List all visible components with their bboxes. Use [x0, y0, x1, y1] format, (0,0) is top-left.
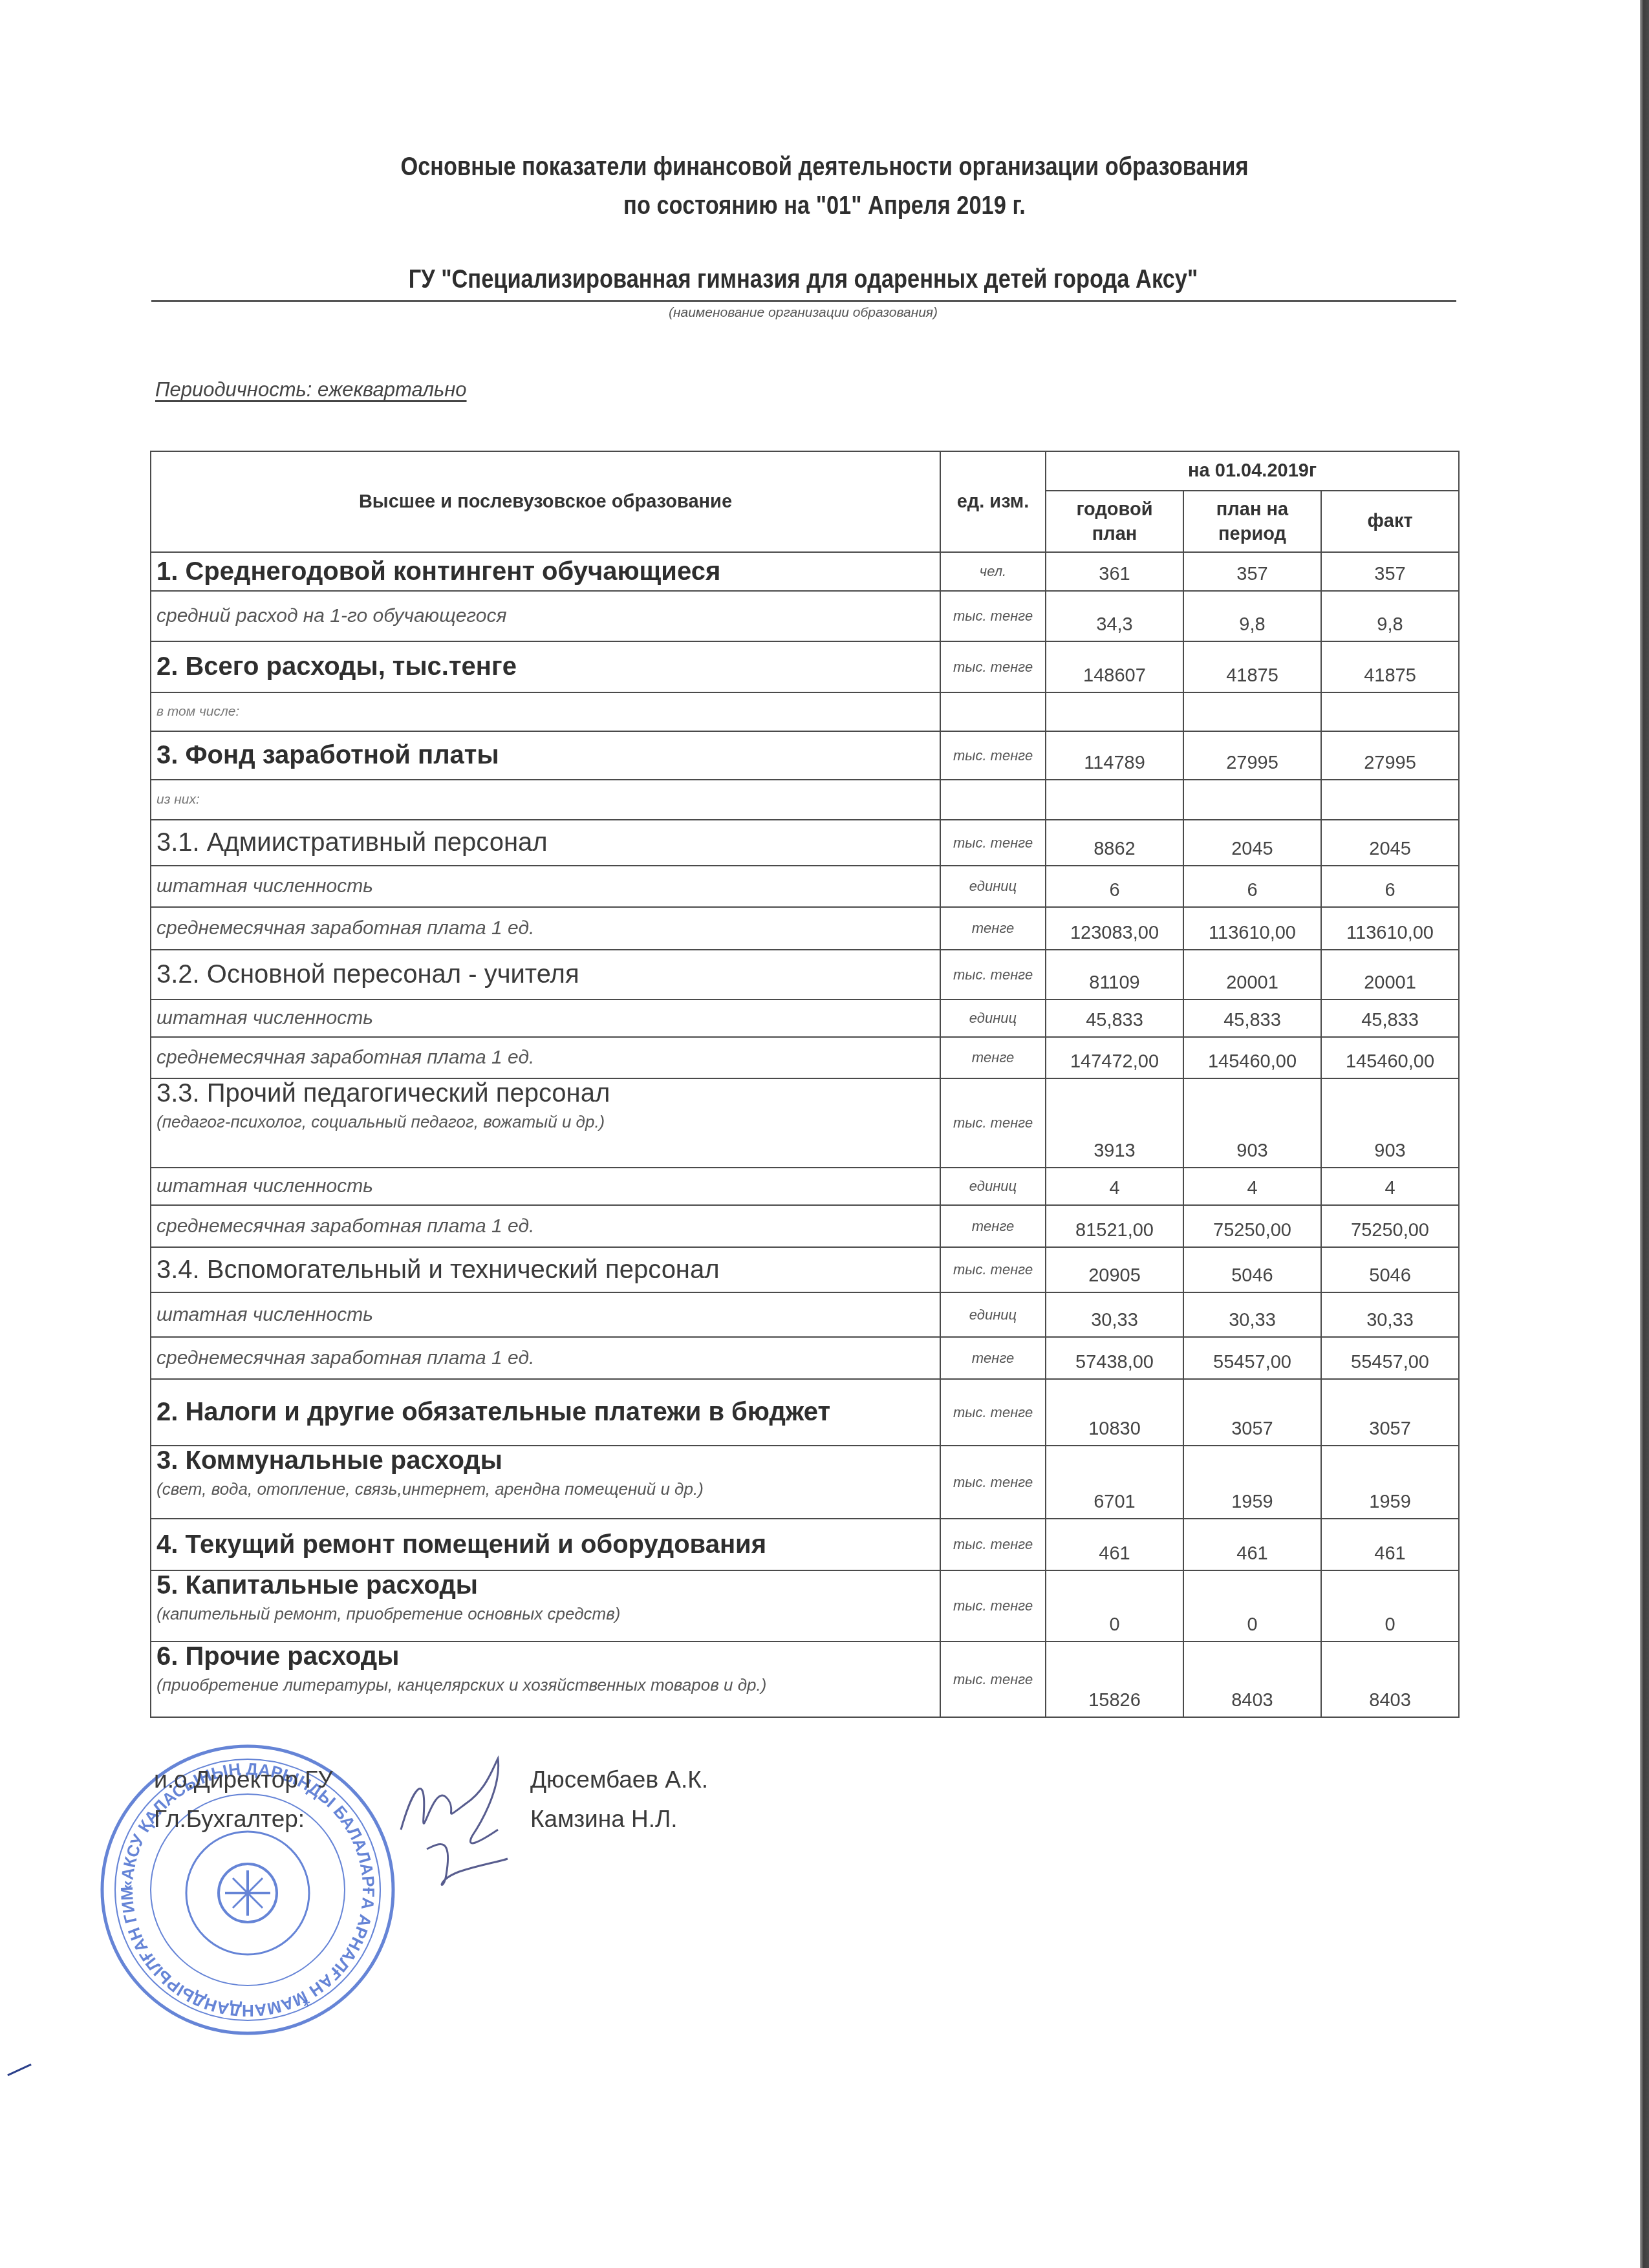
row-name: штатная численность [156, 1304, 373, 1325]
row-name: 3.4. Вспомогательный и технический персо… [156, 1256, 720, 1284]
row-label: 3.1. Адмиистративный персонал [151, 820, 940, 866]
row-annual-value: 15826 [1046, 1642, 1183, 1717]
row-unit: тенге [940, 907, 1046, 950]
row-fact-value: 357 [1321, 552, 1459, 591]
row-period-value [1183, 780, 1321, 820]
row-annual-value: 147472,00 [1046, 1037, 1183, 1078]
row-label: среднемесячная заработная плата 1 ед. [151, 1205, 940, 1247]
header-period-plan: план на период [1183, 491, 1321, 552]
row-unit: тенге [940, 1037, 1046, 1078]
row-period-value: 9,8 [1183, 591, 1321, 641]
row-fact-value: 113610,00 [1321, 907, 1459, 950]
row-label: штатная численность [151, 1168, 940, 1205]
row-fact-value: 1959 [1321, 1446, 1459, 1519]
row-name: 1. Среднегодовой контингент обучающиеся [156, 557, 720, 586]
row-fact-value: 0 [1321, 1570, 1459, 1642]
table-row: штатная численностьединиц444 [151, 1168, 1459, 1205]
row-label: штатная численность [151, 866, 940, 907]
svg-text:*: * [303, 1996, 310, 2017]
row-annual-value: 114789 [1046, 731, 1183, 780]
row-period-value: 8403 [1183, 1642, 1321, 1717]
row-annual-value: 361 [1046, 552, 1183, 591]
row-label: 4. Текущий ремонт помещений и оборудован… [151, 1519, 940, 1570]
row-period-value: 1959 [1183, 1446, 1321, 1519]
row-subtitle: (педагог-психолог, социальный педагог, в… [156, 1112, 934, 1132]
row-unit: единиц [940, 1292, 1046, 1337]
row-fact-value: 2045 [1321, 820, 1459, 866]
header-annual-plan: годовой план [1046, 491, 1183, 552]
row-annual-value: 3913 [1046, 1078, 1183, 1168]
accountant-name: Камзина Н.Л. [530, 1806, 678, 1833]
row-annual-value: 34,3 [1046, 591, 1183, 641]
row-name: 3. Коммунальные расходы [156, 1446, 502, 1475]
table-row: среднемесячная заработная плата 1 ед.тен… [151, 1037, 1459, 1078]
table-row: среднемесячная заработная плата 1 ед.тен… [151, 1337, 1459, 1379]
row-annual-value: 20905 [1046, 1247, 1183, 1292]
document-title: Основные показатели финансовой деятельно… [116, 147, 1534, 225]
table-row: 3.2. Основной пересонал - учителятыс. те… [151, 950, 1459, 1000]
row-label: 2. Налоги и другие обязательные платежи … [151, 1379, 940, 1446]
row-name: 2. Налоги и другие обязательные платежи … [156, 1398, 830, 1426]
row-period-value: 2045 [1183, 820, 1321, 866]
table-row: 4. Текущий ремонт помещений и оборудован… [151, 1519, 1459, 1570]
row-name: 5. Капитальные расходы [156, 1571, 478, 1599]
row-fact-value: 5046 [1321, 1247, 1459, 1292]
row-unit: тыс. тенге [940, 1379, 1046, 1446]
row-unit: тыс. тенге [940, 1446, 1046, 1519]
table-row: 2. Всего расходы, тыс.тенгетыс. тенге148… [151, 641, 1459, 692]
row-fact-value [1321, 780, 1459, 820]
table-row: 6. Прочие расходы(приобретение литератур… [151, 1642, 1459, 1717]
row-period-value: 75250,00 [1183, 1205, 1321, 1247]
row-fact-value: 4 [1321, 1168, 1459, 1205]
row-label: 5. Капитальные расходы(капительный ремон… [151, 1570, 940, 1642]
row-fact-value: 20001 [1321, 950, 1459, 1000]
row-name: 4. Текущий ремонт помещений и оборудован… [156, 1530, 766, 1559]
row-period-value: 145460,00 [1183, 1037, 1321, 1078]
row-period-value: 357 [1183, 552, 1321, 591]
row-unit: тыс. тенге [940, 641, 1046, 692]
title-line-1: Основные показатели финансовой деятельно… [116, 147, 1534, 186]
row-annual-value: 148607 [1046, 641, 1183, 692]
row-unit: тыс. тенге [940, 1247, 1046, 1292]
row-label: 6. Прочие расходы(приобретение литератур… [151, 1642, 940, 1717]
row-period-value: 3057 [1183, 1379, 1321, 1446]
row-label: средний расход на 1-го обучающегося [151, 591, 940, 641]
row-name: в том числе: [156, 704, 239, 719]
row-unit: тыс. тенге [940, 1570, 1046, 1642]
financial-indicators-table: Высшее и послевузовское образование ед. … [150, 451, 1460, 1718]
row-fact-value: 6 [1321, 866, 1459, 907]
row-name: 2. Всего расходы, тыс.тенге [156, 652, 517, 681]
row-label: 3. Фонд заработной платы [151, 731, 940, 780]
table-row: 3. Коммунальные расходы(свет, вода, отоп… [151, 1446, 1459, 1519]
row-unit [940, 780, 1046, 820]
row-period-value [1183, 692, 1321, 731]
row-fact-value: 903 [1321, 1078, 1459, 1168]
row-label: штатная численность [151, 1000, 940, 1037]
row-name: 3.3. Прочий педагогический персонал [156, 1079, 610, 1107]
row-unit: тыс. тенге [940, 1078, 1046, 1168]
row-label: 3.3. Прочий педагогический персонал(педа… [151, 1078, 940, 1168]
table-row: из них: [151, 780, 1459, 820]
row-annual-value: 81109 [1046, 950, 1183, 1000]
row-label: среднемесячная заработная плата 1 ед. [151, 907, 940, 950]
row-label: 2. Всего расходы, тыс.тенге [151, 641, 940, 692]
row-period-value: 461 [1183, 1519, 1321, 1570]
row-label: из них: [151, 780, 940, 820]
row-label: 1. Среднегодовой контингент обучающиеся [151, 552, 940, 591]
header-fact: факт [1321, 491, 1459, 552]
row-period-value: 6 [1183, 866, 1321, 907]
row-annual-value: 6 [1046, 866, 1183, 907]
table-row: 3. Фонд заработной платытыс. тенге114789… [151, 731, 1459, 780]
row-fact-value: 3057 [1321, 1379, 1459, 1446]
row-unit: тыс. тенге [940, 820, 1046, 866]
row-unit: тенге [940, 1337, 1046, 1379]
row-unit: единиц [940, 866, 1046, 907]
table-row: 5. Капитальные расходы(капительный ремон… [151, 1570, 1459, 1642]
row-unit: тыс. тенге [940, 731, 1046, 780]
row-annual-value: 81521,00 [1046, 1205, 1183, 1247]
organization-underline [151, 300, 1456, 302]
row-unit: тыс. тенге [940, 591, 1046, 641]
row-period-value: 27995 [1183, 731, 1321, 780]
table-row: средний расход на 1-го обучающегосятыс. … [151, 591, 1459, 641]
row-name: 3. Фонд заработной платы [156, 741, 499, 769]
row-unit: тенге [940, 1205, 1046, 1247]
row-fact-value: 45,833 [1321, 1000, 1459, 1037]
table-row: среднемесячная заработная плата 1 ед.тен… [151, 1205, 1459, 1247]
row-annual-value: 8862 [1046, 820, 1183, 866]
row-period-value: 55457,00 [1183, 1337, 1321, 1379]
row-period-value: 5046 [1183, 1247, 1321, 1292]
signature-scribble [388, 1746, 517, 1901]
row-name: среднемесячная заработная плата 1 ед. [156, 917, 534, 939]
row-label: среднемесячная заработная плата 1 ед. [151, 1337, 940, 1379]
row-fact-value: 41875 [1321, 641, 1459, 692]
table-row: штатная численностьединиц30,3330,3330,33 [151, 1292, 1459, 1337]
row-unit: тыс. тенге [940, 1519, 1046, 1570]
organization-caption: (наименование организации образования) [150, 305, 1456, 321]
row-unit: единиц [940, 1000, 1046, 1037]
table-row: штатная численностьединиц45,83345,83345,… [151, 1000, 1459, 1037]
row-annual-value [1046, 692, 1183, 731]
row-annual-value: 4 [1046, 1168, 1183, 1205]
row-period-value: 113610,00 [1183, 907, 1321, 950]
row-annual-value: 123083,00 [1046, 907, 1183, 950]
table-row: 3.4. Вспомогательный и технический персо… [151, 1247, 1459, 1292]
row-name: 6. Прочие расходы [156, 1642, 399, 1671]
row-period-value: 903 [1183, 1078, 1321, 1168]
row-subtitle: (приобретение литературы, канцелярских и… [156, 1675, 934, 1695]
row-fact-value: 55457,00 [1321, 1337, 1459, 1379]
table-row: 1. Среднегодовой контингент обучающиесяч… [151, 552, 1459, 591]
row-name: среднемесячная заработная плата 1 ед. [156, 1215, 534, 1237]
title-line-2: по состоянию на "01" Апреля 2019 г. [116, 186, 1534, 225]
row-label: в том числе: [151, 692, 940, 731]
row-name: среднемесячная заработная плата 1 ед. [156, 1047, 534, 1068]
row-unit: тыс. тенге [940, 1642, 1046, 1717]
row-subtitle: (капительный ремонт, приобретение основн… [156, 1604, 934, 1624]
scan-border [1640, 0, 1649, 2268]
row-label: 3. Коммунальные расходы(свет, вода, отоп… [151, 1446, 940, 1519]
row-name: среднемесячная заработная плата 1 ед. [156, 1347, 534, 1369]
row-unit [940, 692, 1046, 731]
row-label: 3.4. Вспомогательный и технический персо… [151, 1247, 940, 1292]
row-annual-value: 0 [1046, 1570, 1183, 1642]
table-row: в том числе: [151, 692, 1459, 731]
row-annual-value [1046, 780, 1183, 820]
row-subtitle: (свет, вода, отопление, связь,интернет, … [156, 1479, 934, 1499]
row-annual-value: 6701 [1046, 1446, 1183, 1519]
row-period-value: 45,833 [1183, 1000, 1321, 1037]
row-annual-value: 57438,00 [1046, 1337, 1183, 1379]
table-body: 1. Среднегодовой контингент обучающиесяч… [151, 552, 1459, 1717]
row-period-value: 20001 [1183, 950, 1321, 1000]
header-name: Высшее и послевузовское образование [151, 451, 940, 552]
header-date-group: на 01.04.2019г [1046, 451, 1459, 491]
table-row: 3.3. Прочий педагогический персонал(педа… [151, 1078, 1459, 1168]
row-name: 3.1. Адмиистративный персонал [156, 828, 548, 857]
row-annual-value: 10830 [1046, 1379, 1183, 1446]
row-name: штатная численность [156, 875, 373, 897]
table-row: 3.1. Адмиистративный персоналтыс. тенге8… [151, 820, 1459, 866]
accountant-title: Гл.Бухгалтер: [154, 1806, 305, 1833]
row-annual-value: 45,833 [1046, 1000, 1183, 1037]
row-name: штатная численность [156, 1007, 373, 1029]
director-title: и.о.Директор ГУ [154, 1766, 333, 1793]
organization-name: ГУ "Специализированная гимназия для одар… [241, 265, 1364, 294]
table-row: 2. Налоги и другие обязательные платежи … [151, 1379, 1459, 1446]
row-period-value: 41875 [1183, 641, 1321, 692]
table-row: среднемесячная заработная плата 1 ед.тен… [151, 907, 1459, 950]
row-name: из них: [156, 792, 200, 807]
row-fact-value: 145460,00 [1321, 1037, 1459, 1078]
row-name: средний расход на 1-го обучающегося [156, 605, 507, 626]
row-fact-value: 8403 [1321, 1642, 1459, 1717]
table-row: штатная численностьединиц666 [151, 866, 1459, 907]
header-unit: ед. изм. [940, 451, 1046, 552]
row-fact-value: 75250,00 [1321, 1205, 1459, 1247]
row-fact-value: 30,33 [1321, 1292, 1459, 1337]
row-name: 3.2. Основной пересонал - учителя [156, 960, 579, 989]
row-name: штатная численность [156, 1175, 373, 1197]
row-fact-value [1321, 692, 1459, 731]
director-name: Дюсембаев А.К. [530, 1766, 708, 1793]
row-period-value: 30,33 [1183, 1292, 1321, 1337]
row-period-value: 4 [1183, 1168, 1321, 1205]
row-unit: тыс. тенге [940, 950, 1046, 1000]
periodicity-label: Периодичность: ежеквартально [155, 378, 467, 401]
row-fact-value: 461 [1321, 1519, 1459, 1570]
row-unit: единиц [940, 1168, 1046, 1205]
row-label: среднемесячная заработная плата 1 ед. [151, 1037, 940, 1078]
row-annual-value: 30,33 [1046, 1292, 1183, 1337]
row-unit: чел. [940, 552, 1046, 591]
row-annual-value: 461 [1046, 1519, 1183, 1570]
pen-mark [7, 2064, 32, 2077]
row-fact-value: 9,8 [1321, 591, 1459, 641]
row-label: штатная численность [151, 1292, 940, 1337]
row-label: 3.2. Основной пересонал - учителя [151, 950, 940, 1000]
row-fact-value: 27995 [1321, 731, 1459, 780]
row-period-value: 0 [1183, 1570, 1321, 1642]
